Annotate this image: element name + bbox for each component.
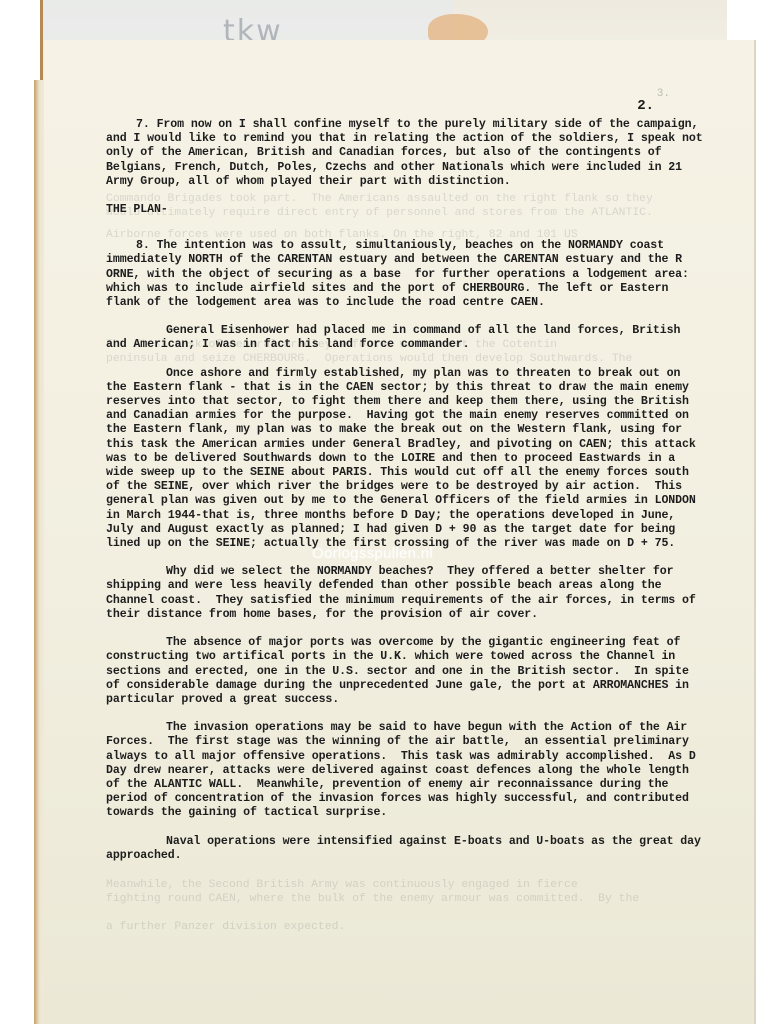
bleed-through-text: Meanwhile, the Second British Army was c… (106, 878, 716, 892)
paragraph-naval: Naval operations were intensified agains… (106, 835, 706, 863)
bleed-through-text: a further Panzer division expected. (106, 920, 716, 934)
bleed-through-text: fighting round CAEN, where the bulk of t… (106, 892, 716, 906)
paragraph-artificial-ports: The absence of major ports was overcome … (106, 636, 706, 707)
paragraph-normandy-choice: Why did we select the NORMANDY beaches? … (106, 565, 706, 622)
typewritten-page: 3. 2. Commando Brigades took part. The A… (44, 40, 754, 1024)
section-heading-plan: THE PLAN- (106, 203, 706, 217)
paragraph-air-forces: The invasion operations may be said to h… (106, 721, 706, 820)
paragraph-8: 8. The intention was to assult, simultan… (106, 239, 706, 310)
watermark: Oorlogsspullen.nl (312, 545, 433, 562)
page-number: 2. (637, 98, 654, 114)
faint-page-number: 3. (657, 88, 670, 100)
paragraph-plan-detail: Once ashore and firmly established, my p… (106, 367, 706, 552)
paragraph-7: 7. From now on I shall confine myself to… (106, 118, 706, 189)
paragraph-eisenhower: General Eisenhower had placed me in comm… (106, 324, 706, 352)
document-body: 7. From now on I shall confine myself to… (106, 118, 706, 877)
